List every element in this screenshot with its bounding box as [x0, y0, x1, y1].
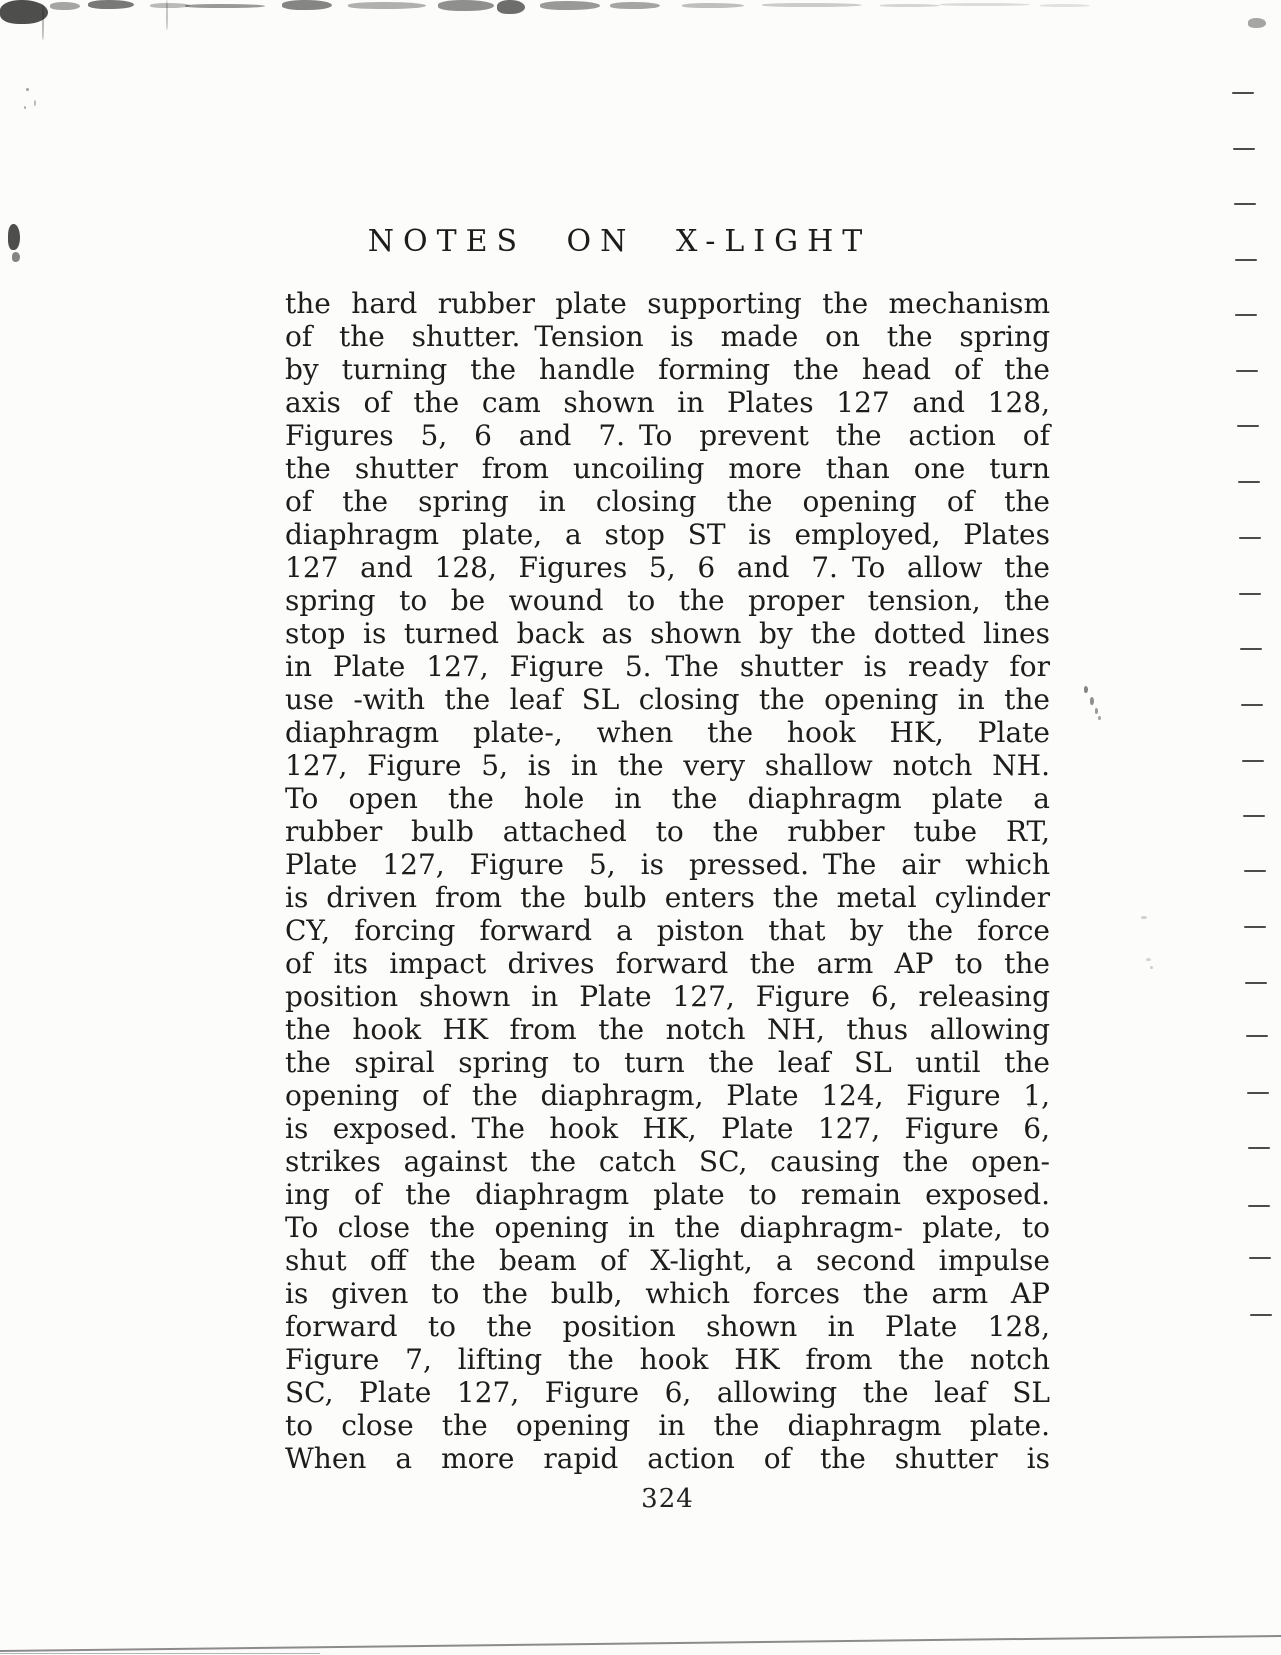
scan-smudge	[682, 3, 744, 8]
scan-margin-dash	[1235, 314, 1257, 316]
scan-margin-dash	[1239, 537, 1261, 539]
body-line: shut off the beam of X-light, a second i…	[285, 1244, 1050, 1277]
body-line: to close the opening in the diaphragm pl…	[285, 1409, 1050, 1442]
body-line: the spiral spring to turn the leaf SL un…	[285, 1046, 1050, 1079]
body-line: axis of the cam shown in Plates 127 and …	[285, 386, 1050, 419]
body-line: 127 and 128, Figures 5, 6 and 7. To allo…	[285, 551, 1050, 584]
scan-smudge	[26, 88, 29, 91]
page-number: 324	[285, 1484, 1050, 1514]
scan-margin-dash	[1234, 203, 1256, 205]
scan-margin-dash	[1240, 648, 1262, 650]
scan-smudge	[1248, 18, 1266, 28]
scan-smudge	[166, 0, 168, 30]
body-line: use -with the leaf SL closing the openin…	[285, 683, 1050, 716]
scan-smudge	[282, 0, 332, 10]
scan-margin-dash	[1233, 148, 1255, 150]
scan-smudge	[610, 2, 660, 9]
body-line: SC, Plate 127, Figure 6, allowing the le…	[285, 1376, 1050, 1409]
body-line: in Plate 127, Figure 5. The shutter is r…	[285, 650, 1050, 683]
body-line: To close the opening in the diaphragm- p…	[285, 1211, 1050, 1244]
scan-smudge	[50, 2, 80, 10]
body-text: the hard rubber plate supporting the mec…	[285, 287, 1050, 1475]
scan-smudge	[1095, 708, 1098, 714]
body-line: of the spring in closing the opening of …	[285, 485, 1050, 518]
body-line: ing of the diaphragm plate to remain exp…	[285, 1178, 1050, 1211]
body-line: diaphragm plate-, when the hook HK, Plat…	[285, 716, 1050, 749]
scan-smudge	[1141, 916, 1147, 919]
scan-smudge	[24, 106, 26, 109]
scan-smudge	[438, 0, 494, 11]
page-title: NOTES ON X-LIGHT	[237, 224, 1002, 259]
scan-margin-dash	[1249, 1257, 1271, 1259]
body-line: Figure 7, lifting the hook HK from the n…	[285, 1343, 1050, 1376]
scan-margin-dash	[1239, 593, 1261, 595]
scan-margin-dash	[1241, 704, 1263, 706]
scan-margin-dash	[1243, 815, 1265, 817]
body-line: diaphragm plate, a stop ST is employed, …	[285, 518, 1050, 551]
scan-margin-dash	[1246, 1035, 1268, 1037]
scan-smudge	[762, 3, 862, 7]
body-line: of the shutter. Tension is made on the s…	[285, 320, 1050, 353]
scan-smudge	[940, 3, 1030, 6]
scan-bottom-line-faint	[0, 1653, 320, 1654]
scan-smudge	[42, 4, 44, 40]
scan-smudge	[1146, 958, 1151, 961]
scanned-book-page: NOTES ON X-LIGHT the hard rubber plate s…	[0, 0, 1281, 1655]
scan-smudge	[880, 4, 940, 7]
body-line: 127, Figure 5, is in the very shallow no…	[285, 749, 1050, 782]
scan-margin-dash	[1232, 92, 1254, 94]
scan-margin-dash	[1250, 1314, 1272, 1316]
scan-margin-dash	[1244, 926, 1266, 928]
scan-margin-dash	[1248, 1205, 1270, 1207]
body-line: the hook HK from the notch NH, thus allo…	[285, 1013, 1050, 1046]
body-line: spring to be wound to the proper tension…	[285, 584, 1050, 617]
scan-margin-dash	[1247, 1092, 1269, 1094]
scan-margin-dash	[1238, 481, 1260, 483]
scan-smudge	[12, 252, 20, 262]
scan-margin-dash	[1248, 1147, 1270, 1149]
scan-margin-dash	[1244, 870, 1266, 872]
scan-margin-dash	[1236, 370, 1258, 372]
body-line: position shown in Plate 127, Figure 6, r…	[285, 980, 1050, 1013]
scan-smudge	[8, 224, 20, 250]
body-line: opening of the diaphragm, Plate 124, Fig…	[285, 1079, 1050, 1112]
scan-smudge	[150, 3, 190, 8]
scan-smudge	[1040, 4, 1090, 7]
body-line: is exposed. The hook HK, Plate 127, Figu…	[285, 1112, 1050, 1145]
body-line: CY, forcing forward a piston that by the…	[285, 914, 1050, 947]
body-line: the shutter from uncoiling more than one…	[285, 452, 1050, 485]
body-line: When a more rapid action of the shutter …	[285, 1442, 1050, 1475]
scan-smudge	[185, 4, 265, 8]
body-line: Plate 127, Figure 5, is pressed. The air…	[285, 848, 1050, 881]
body-line: strikes against the catch SC, causing th…	[285, 1145, 1050, 1178]
scan-smudge	[0, 0, 48, 24]
scan-smudge	[497, 0, 525, 14]
scan-margin-dash	[1235, 259, 1257, 261]
body-line: is driven from the bulb enters the metal…	[285, 881, 1050, 914]
scan-smudge	[1084, 686, 1088, 693]
scan-smudge	[1150, 966, 1153, 969]
scan-smudge	[1090, 697, 1094, 705]
body-line: of its impact drives forward the arm AP …	[285, 947, 1050, 980]
scan-smudge	[540, 1, 600, 10]
body-line: To open the hole in the diaphragm plate …	[285, 782, 1050, 815]
scan-margin-dash	[1245, 982, 1267, 984]
scan-smudge	[348, 2, 426, 9]
body-line: rubber bulb attached to the rubber tube …	[285, 815, 1050, 848]
body-line: the hard rubber plate supporting the mec…	[285, 287, 1050, 320]
body-line: by turning the handle forming the head o…	[285, 353, 1050, 386]
body-line: is given to the bulb, which forces the a…	[285, 1277, 1050, 1310]
body-line: forward to the position shown in Plate 1…	[285, 1310, 1050, 1343]
scan-bottom-line	[0, 1635, 1281, 1652]
scan-smudge	[34, 100, 36, 106]
scan-smudge	[88, 0, 134, 9]
scan-margin-dash	[1242, 760, 1264, 762]
scan-smudge	[1098, 716, 1101, 720]
body-line: Figures 5, 6 and 7. To prevent the actio…	[285, 419, 1050, 452]
body-line: stop is turned back as shown by the dott…	[285, 617, 1050, 650]
scan-margin-dash	[1237, 425, 1259, 427]
